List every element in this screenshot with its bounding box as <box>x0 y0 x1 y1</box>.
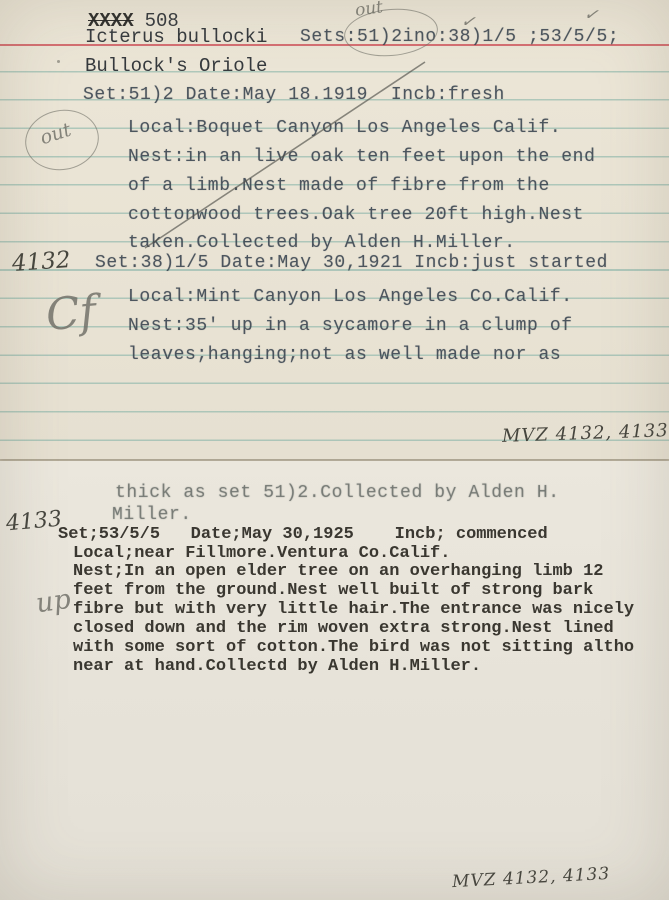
typed-line: thick as set 51)2.Collected by Alden H. <box>115 483 560 504</box>
handwritten-up-mark: up <box>34 584 73 620</box>
typed-line: fibre but with very little hair.The entr… <box>73 600 634 620</box>
typed-line: taken.Collected by Alden H.Miller. <box>128 233 516 254</box>
typed-line: Local;near Fillmore.Ventura Co.Calif. <box>73 544 450 564</box>
card-edge-seam <box>0 459 669 461</box>
typed-line: Nest:35' up in a sycamore in a clump of <box>128 316 573 337</box>
pencil-check-icon: ✓ <box>583 4 600 26</box>
pencil-dot <box>57 60 60 63</box>
typed-line: Local:Mint Canyon Los Angeles Co.Calif. <box>128 287 573 308</box>
typed-line: near at hand.Collectd by Alden H.Miller. <box>73 657 481 677</box>
typed-line: with some sort of cotton.The bird was no… <box>73 638 634 658</box>
typed-line: closed down and the rim woven extra stro… <box>73 619 614 639</box>
handwritten-cf-mark: Cf <box>44 286 98 341</box>
scanned-specimen-cards: XXXX508 Icterus bullocki Sets:51)2ino:38… <box>0 0 669 900</box>
typed-line: Miller. <box>112 505 192 526</box>
typed-line: Set:38)1/5 Date:May 30,1921 Incb:just st… <box>95 253 608 274</box>
typed-line: cottonwood trees.Oak tree 20ft high.Nest <box>128 205 584 226</box>
typed-line: Nest;In an open elder tree on an overhan… <box>73 562 604 582</box>
typed-line: of a limb.Nest made of fibre from the <box>128 176 550 197</box>
handwritten-specimen-4133: 4133 <box>5 507 63 537</box>
typed-line: Set;53/5/5 Date;May 30,1925 Incb; commen… <box>58 525 548 545</box>
typed-line: Set:51)2 Date:May 18.1919 Incb:fresh <box>83 85 505 106</box>
typed-line: Nest:in an live oak ten feet upon the en… <box>128 147 595 168</box>
common-name: Bullock's Oriole <box>85 56 267 78</box>
typed-line: feet from the ground.Nest well built of … <box>73 581 593 601</box>
handwritten-specimen-4132: 4132 <box>11 247 71 277</box>
typed-line: leaves;hanging;not as well made nor as <box>128 345 561 366</box>
pencil-check-icon: ✓ <box>460 11 477 33</box>
species-name: Icterus bullocki <box>85 27 267 49</box>
typed-line: Local:Boquet Canyon Los Angeles Calif. <box>128 118 561 139</box>
